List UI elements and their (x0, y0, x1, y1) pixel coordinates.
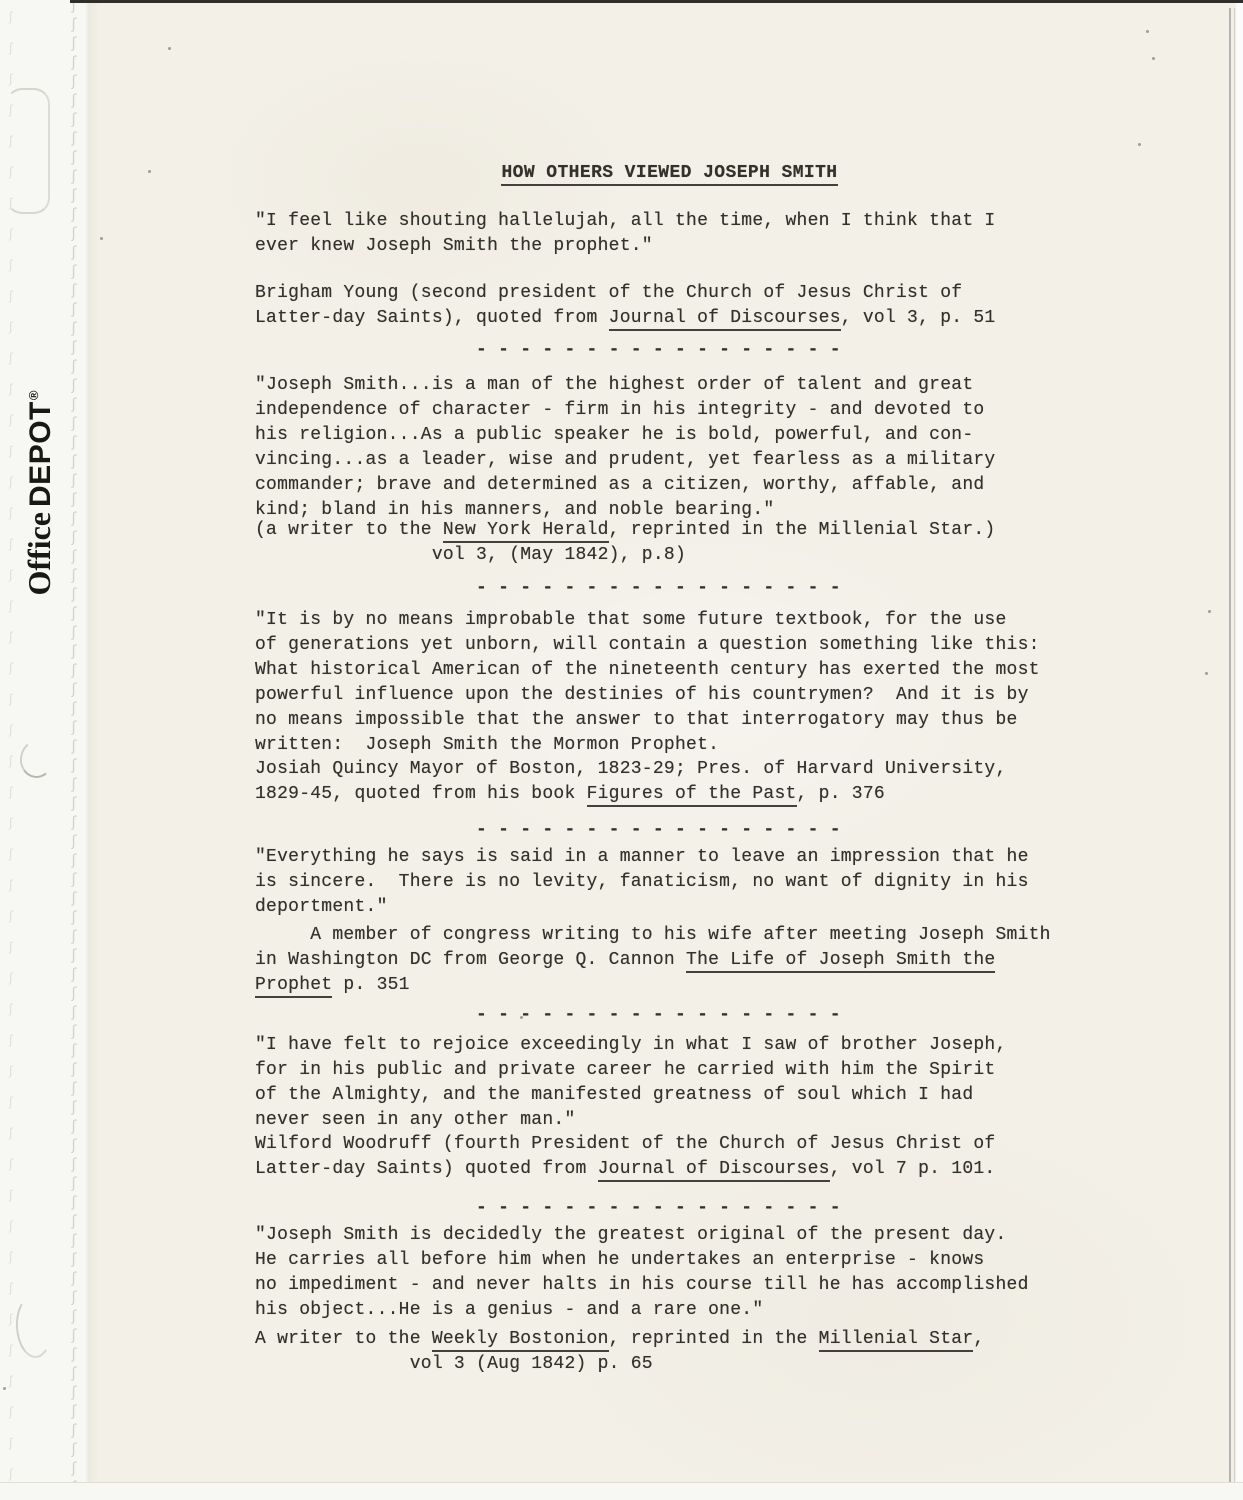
page-edge-shadow (86, 0, 100, 1500)
text-segment: "It is by no means improbable that some … (255, 610, 1007, 630)
attribution-paragraph: (a writer to the New York Herald, reprin… (255, 518, 995, 568)
quote-line: He carries all before him when he undert… (255, 1248, 1029, 1273)
separator-dashes: - - - - - - - - - - - - - - - - - (255, 1003, 841, 1028)
section-separator: - - - - - - - - - - - - - - - - - (255, 338, 841, 363)
text-segment: commander; brave and determined as a cit… (255, 475, 984, 495)
quote-paragraph: "Everything he says is said in a manner … (255, 845, 1029, 920)
dust-speck (520, 1016, 523, 1019)
text-segment: "Joseph Smith...is a man of the highest … (255, 375, 973, 395)
text-segment: p. 351 (332, 975, 409, 995)
underlined-text: The Life of Joseph Smith the (686, 950, 995, 973)
quote-line: commander; brave and determined as a cit… (255, 473, 995, 498)
document-page: ʃ ʃ ʃ ʃ ʃ ʃ ʃ ʃ ʃ ʃ ʃ ʃ ʃ ʃ ʃ ʃ ʃ ʃ ʃ ʃ … (0, 0, 1243, 1500)
scan-edge-top (70, 0, 1243, 3)
attribution-line: A writer to the Weekly Bostonion, reprin… (255, 1327, 984, 1352)
dust-speck (148, 170, 151, 173)
quote-line: "I feel like shouting hallelujah, all th… (255, 209, 995, 234)
text-segment: , p. 376 (797, 784, 885, 804)
quote-line: written: Joseph Smith the Mormon Prophet… (255, 733, 1040, 758)
registered-trademark-icon: ® (26, 391, 41, 401)
quote-line: of the Almighty, and the manifested grea… (255, 1083, 1007, 1108)
text-segment: , vol 3, p. 51 (841, 308, 996, 328)
text-segment: (a writer to the (255, 520, 443, 540)
text-segment: "Joseph Smith is decidedly the greatest … (255, 1225, 1007, 1245)
section-separator: - - - - - - - - - - - - - - - - - (255, 1003, 841, 1028)
underlined-text: Figures of the Past (587, 784, 797, 807)
text-segment: "I have felt to rejoice exceedingly in w… (255, 1035, 1007, 1055)
section-separator: - - - - - - - - - - - - - - - - - (255, 818, 841, 843)
scan-edge-right-inner (1234, 8, 1235, 1484)
dust-speck (1205, 672, 1208, 675)
separator-dashes: - - - - - - - - - - - - - - - - - (255, 818, 841, 843)
text-segment: , (973, 1329, 984, 1349)
text-segment: What historical American of the nineteen… (255, 660, 1040, 680)
office-depot-watermark: Office DEPOT ® (21, 373, 63, 613)
attribution-paragraph: A writer to the Weekly Bostonion, reprin… (255, 1327, 984, 1377)
quote-paragraph: "I have felt to rejoice exceedingly in w… (255, 1033, 1007, 1133)
text-segment: Wilford Woodruff (fourth President of th… (255, 1134, 995, 1154)
dust-speck (3, 1387, 6, 1390)
underlined-text: Journal of Discourses (609, 308, 841, 331)
quote-paragraph: "It is by no means improbable that some … (255, 608, 1040, 758)
text-segment: , reprinted in the Millenial Star.) (609, 520, 996, 540)
underlined-text: New York Herald (443, 520, 609, 543)
attribution-line: A member of congress writing to his wife… (255, 923, 1051, 948)
attribution-line: Brigham Young (second president of the C… (255, 281, 995, 306)
text-segment: vol 3 (Aug 1842) p. 65 (255, 1354, 653, 1374)
dust-speck (1146, 30, 1149, 33)
quote-line: "It is by no means improbable that some … (255, 608, 1040, 633)
text-segment: his religion...As a public speaker he is… (255, 425, 973, 445)
quote-line: of generations yet unborn, will contain … (255, 633, 1040, 658)
text-segment: - - - - - - - - - - - - - - - - - (255, 340, 841, 360)
attribution-line: Latter-day Saints) quoted from Journal o… (255, 1157, 995, 1182)
text-segment: "I feel like shouting hallelujah, all th… (255, 211, 995, 231)
text-segment: "Everything he says is said in a manner … (255, 847, 1029, 867)
quote-line: for in his public and private career he … (255, 1058, 1007, 1083)
hole-punch-top (6, 88, 50, 214)
underlined-text: Weekly Bostonion (432, 1329, 609, 1352)
separator-dashes: - - - - - - - - - - - - - - - - - (255, 576, 841, 601)
text-segment: is sincere. There is no levity, fanatici… (255, 872, 1029, 892)
text-segment: vol 3, (May 1842), p.8) (255, 545, 686, 565)
scanned-document: { "colors": { "paper": "#f3f0e8", "ink":… (0, 0, 1243, 1500)
text-segment: Latter-day Saints), quoted from (255, 308, 609, 328)
text-segment: vincing...as a leader, wise and prudent,… (255, 450, 995, 470)
quote-line: no means impossible that the answer to t… (255, 708, 1040, 733)
dust-speck (448, 507, 451, 510)
text-segment: - - - - - - - - - - - - - - - - - (255, 820, 841, 840)
quote-paragraph: "Joseph Smith...is a man of the highest … (255, 373, 995, 523)
text-segment: Brigham Young (second president of the C… (255, 283, 962, 303)
quote-line: his religion...As a public speaker he is… (255, 423, 995, 448)
attribution-line: Prophet p. 351 (255, 973, 1051, 998)
attribution-line: 1829-45, quoted from his book Figures of… (255, 782, 1007, 807)
quote-line: his object...He is a genius - and a rare… (255, 1298, 1029, 1323)
section-separator: - - - - - - - - - - - - - - - - - (255, 576, 841, 601)
text-segment: Josiah Quincy Mayor of Boston, 1823-29; … (255, 759, 1007, 779)
text-segment: for in his public and private career he … (255, 1060, 995, 1080)
attribution-line: vol 3 (Aug 1842) p. 65 (255, 1352, 984, 1377)
text-segment: - - - - - - - - - - - - - - - - - (255, 1005, 841, 1025)
attribution-line: vol 3, (May 1842), p.8) (255, 543, 995, 568)
text-segment: A writer to the (255, 1329, 432, 1349)
attribution-paragraph: Wilford Woodruff (fourth President of th… (255, 1132, 995, 1182)
binding-marks-outer: ʃ ʃ ʃ ʃ ʃ ʃ ʃ ʃ ʃ ʃ ʃ ʃ ʃ ʃ ʃ ʃ ʃ ʃ ʃ ʃ … (2, 2, 20, 1500)
underlined-text: Millenial Star (819, 1329, 974, 1352)
quote-paragraph: "Joseph Smith is decidedly the greatest … (255, 1223, 1029, 1323)
quote-line: What historical American of the nineteen… (255, 658, 1040, 683)
attribution-paragraph: Brigham Young (second president of the C… (255, 281, 995, 331)
text-segment: ever knew Joseph Smith the prophet." (255, 236, 653, 256)
scan-edge-right (1229, 8, 1231, 1484)
binding-marks: ʃ ʃ ʃ ʃ ʃ ʃ ʃ ʃ ʃ ʃ ʃ ʃ ʃ ʃ ʃ ʃ ʃ ʃ ʃ ʃ … (60, 0, 88, 1496)
scan-edge-bottom (0, 1482, 1243, 1500)
office-depot-logo-office: Office (21, 512, 58, 596)
scan-margin-right (1236, 3, 1243, 1500)
text-segment: deportment." (255, 897, 388, 917)
quote-line: deportment." (255, 895, 1029, 920)
attribution-line: Latter-day Saints), quoted from Journal … (255, 306, 995, 331)
quote-line: "Joseph Smith is decidedly the greatest … (255, 1223, 1029, 1248)
office-depot-logo-depot: DEPOT (24, 401, 58, 507)
dust-speck (100, 237, 103, 240)
dust-speck (1208, 610, 1211, 613)
text-segment: - - - - - - - - - - - - - - - - - (255, 578, 841, 598)
attribution-paragraph: A member of congress writing to his wife… (255, 923, 1051, 998)
text-segment: He carries all before him when he undert… (255, 1250, 984, 1270)
text-segment: in Washington DC from George Q. Cannon (255, 950, 686, 970)
quote-line: no impediment - and never halts in his c… (255, 1273, 1029, 1298)
text-segment: of the Almighty, and the manifested grea… (255, 1085, 973, 1105)
underlined-text: Journal of Discourses (598, 1159, 830, 1182)
text-segment (255, 163, 501, 183)
text-segment: independence of character - firm in his … (255, 400, 984, 420)
quote-line: ever knew Joseph Smith the prophet." (255, 234, 995, 259)
separator-dashes: - - - - - - - - - - - - - - - - - (255, 1196, 841, 1221)
page-title: HOW OTHERS VIEWED JOSEPH SMITH (255, 161, 838, 186)
underlined-text: Prophet (255, 975, 332, 998)
text-segment: , reprinted in the (609, 1329, 819, 1349)
text-segment: powerful influence upon the destinies of… (255, 685, 1029, 705)
text-segment: 1829-45, quoted from his book (255, 784, 587, 804)
title-line: HOW OTHERS VIEWED JOSEPH SMITH (255, 161, 838, 186)
quote-line: is sincere. There is no levity, fanatici… (255, 870, 1029, 895)
dust-speck (1138, 143, 1141, 146)
quote-line: "Joseph Smith...is a man of the highest … (255, 373, 995, 398)
attribution-line: Josiah Quincy Mayor of Boston, 1823-29; … (255, 757, 1007, 782)
dust-speck (168, 47, 171, 50)
text-segment: no means impossible that the answer to t… (255, 710, 1018, 730)
text-segment: Latter-day Saints) quoted from (255, 1159, 598, 1179)
quote-paragraph: "I feel like shouting hallelujah, all th… (255, 209, 995, 259)
quote-line: vincing...as a leader, wise and prudent,… (255, 448, 995, 473)
text-segment: - - - - - - - - - - - - - - - - - (255, 1198, 841, 1218)
separator-dashes: - - - - - - - - - - - - - - - - - (255, 338, 841, 363)
attribution-paragraph: Josiah Quincy Mayor of Boston, 1823-29; … (255, 757, 1007, 807)
attribution-line: Wilford Woodruff (fourth President of th… (255, 1132, 995, 1157)
text-segment: never seen in any other man." (255, 1110, 576, 1130)
quote-line: "Everything he says is said in a manner … (255, 845, 1029, 870)
quote-line: "I have felt to rejoice exceedingly in w… (255, 1033, 1007, 1058)
text-segment: written: Joseph Smith the Mormon Prophet… (255, 735, 719, 755)
text-segment: kind; bland in his manners, and noble be… (255, 500, 774, 520)
text-segment: his object...He is a genius - and a rare… (255, 1300, 763, 1320)
quote-line: powerful influence upon the destinies of… (255, 683, 1040, 708)
attribution-line: (a writer to the New York Herald, reprin… (255, 518, 995, 543)
dust-speck (1152, 57, 1155, 60)
quote-line: independence of character - firm in his … (255, 398, 995, 423)
text-segment: A member of congress writing to his wife… (255, 925, 1051, 945)
text-segment: of generations yet unborn, will contain … (255, 635, 1040, 655)
underlined-text: HOW OTHERS VIEWED JOSEPH SMITH (501, 163, 837, 186)
section-separator: - - - - - - - - - - - - - - - - - (255, 1196, 841, 1221)
attribution-line: in Washington DC from George Q. Cannon T… (255, 948, 1051, 973)
text-segment: no impediment - and never halts in his c… (255, 1275, 1029, 1295)
text-segment: , vol 7 p. 101. (830, 1159, 996, 1179)
quote-line: never seen in any other man." (255, 1108, 1007, 1133)
